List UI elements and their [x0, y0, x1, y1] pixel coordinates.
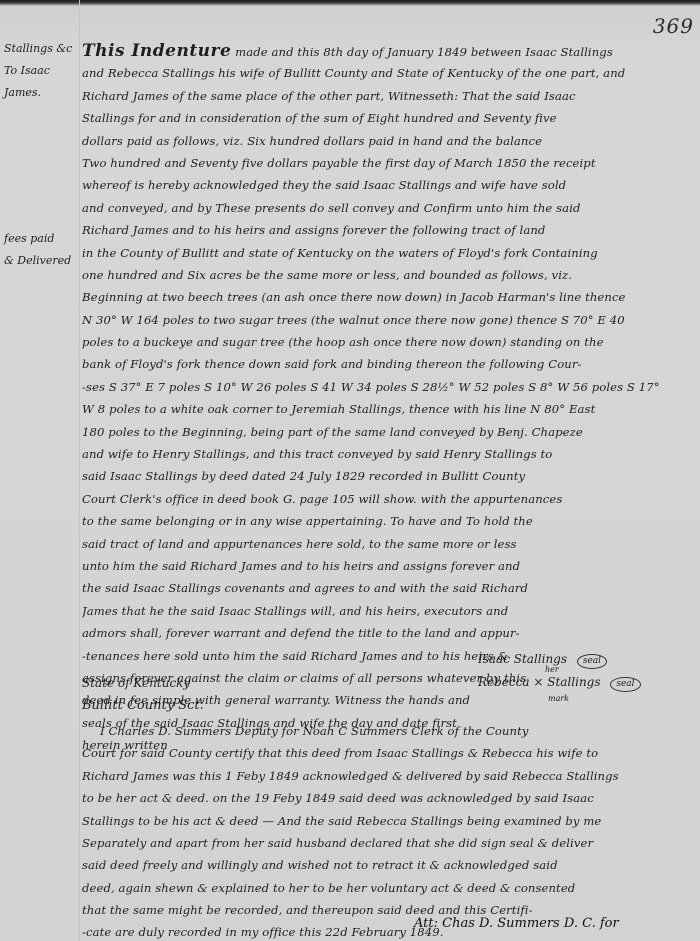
margin-note-line: fees paid: [4, 228, 71, 250]
certificate-line: deed, again shewn & explained to her to …: [82, 877, 694, 899]
deed-line: unto him the said Richard James and to h…: [82, 555, 694, 577]
deed-line: -ses S 37° E 7 poles S 10° W 26 poles S …: [82, 376, 694, 398]
venue-county: Bullitt County Sct.: [82, 698, 204, 713]
deed-line: Richard James and to his heirs and assig…: [82, 219, 694, 241]
deed-line: N 30° W 164 poles to two sugar trees (th…: [82, 309, 694, 331]
deed-line: Court Clerk's office in deed book G. pag…: [82, 488, 694, 510]
certificate-line: Court for said County certify that this …: [82, 742, 694, 764]
deed-line: Beginning at two beech trees (an ash onc…: [82, 286, 694, 308]
margin-note-title: Stallings &c To Isaac James.: [4, 38, 72, 104]
deed-line: dollars paid as follows, viz. Six hundre…: [82, 130, 694, 152]
clerk-certificate: I Charles D. Summers Deputy for Noah C S…: [82, 720, 694, 922]
deed-line: This Indenture made and this 8th day of …: [82, 40, 694, 62]
deed-line: in the County of Bullitt and state of Ke…: [82, 242, 694, 264]
certificate-line: to be her act & deed. on the 19 Feby 184…: [82, 787, 694, 809]
signature-first-name: Rebecca: [478, 675, 530, 689]
deed-line: W 8 poles to a white oak corner to Jerem…: [82, 398, 694, 420]
venue-state: State of Kentucky: [82, 676, 190, 690]
clerk-attestation-signature: Att: Chas D. Summers D. C. for: [414, 916, 619, 931]
deed-line: 180 poles to the Beginning, being part o…: [82, 421, 694, 443]
seal-icon: seal: [610, 677, 640, 692]
margin-note-line: To Isaac: [4, 60, 72, 82]
deed-line: said tract of land and appurtenances her…: [82, 533, 694, 555]
deed-line: the said Isaac Stallings covenants and a…: [82, 577, 694, 599]
mark-label-her: her: [545, 665, 559, 674]
seal-icon: seal: [577, 654, 607, 669]
signature-rebecca-stallings: Rebecca × Stallings seal: [478, 675, 641, 692]
page-number: 369: [653, 14, 694, 38]
deed-line: poles to a buckeye and sugar tree (the h…: [82, 331, 694, 353]
certificate-line: Stallings to be his act & deed — And the…: [82, 810, 694, 832]
mark-label-mark: mark: [548, 694, 569, 703]
margin-note-line: & Delivered: [4, 250, 71, 272]
deed-line: Two hundred and Seventy five dollars pay…: [82, 152, 694, 174]
deed-opening-words: This Indenture: [82, 41, 231, 61]
deed-line: and Rebecca Stallings his wife of Bullit…: [82, 62, 694, 84]
book-binding-shadow: [0, 0, 700, 6]
deed-body: This Indenture made and this 8th day of …: [82, 40, 694, 757]
deed-line: said Isaac Stallings by deed dated 24 Ju…: [82, 465, 694, 487]
margin-note-line: Stallings &c: [4, 38, 72, 60]
deed-line: to the same belonging or in any wise app…: [82, 510, 694, 532]
signature-last-name: Stallings: [547, 675, 600, 689]
margin-note-recording: fees paid & Delivered: [4, 228, 71, 272]
margin-rule: [79, 0, 80, 941]
certificate-line: Separately and apart from her said husba…: [82, 832, 694, 854]
signature-name: Isaac Stallings: [478, 652, 567, 666]
deed-line: bank of Floyd's fork thence down said fo…: [82, 353, 694, 375]
deed-line: whereof is hereby acknowledged they the …: [82, 174, 694, 196]
signature-mark-x: ×: [533, 675, 543, 689]
deed-line: admors shall, forever warrant and defend…: [82, 622, 694, 644]
signature-isaac-stallings: Isaac Stallings seal: [478, 652, 607, 669]
deed-line: one hundred and Six acres be the same mo…: [82, 264, 694, 286]
deed-line: Stallings for and in consideration of th…: [82, 107, 694, 129]
ledger-page: 369 Stallings &c To Isaac James. fees pa…: [0, 0, 700, 941]
certificate-line: I Charles D. Summers Deputy for Noah C S…: [82, 720, 694, 742]
certificate-line: Richard James was this 1 Feby 1849 ackno…: [82, 765, 694, 787]
deed-line: and conveyed, and by These presents do s…: [82, 197, 694, 219]
deed-line: Richard James of the same place of the o…: [82, 85, 694, 107]
deed-line: and wife to Henry Stallings, and this tr…: [82, 443, 694, 465]
certificate-line: said deed freely and willingly and wishe…: [82, 854, 694, 876]
deed-line: James that he the said Isaac Stallings w…: [82, 600, 694, 622]
margin-note-line: James.: [4, 82, 72, 104]
